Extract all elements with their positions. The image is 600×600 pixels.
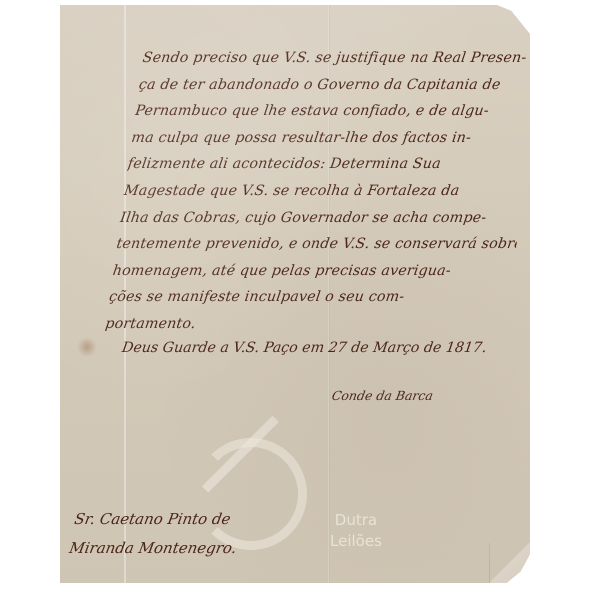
letter-body: Sendo preciso que V.S. se justifique na …: [103, 45, 544, 338]
body-line: homenagem, até que pelas precisas averig…: [111, 258, 515, 285]
body-line: felizmente ali acontecidos: Determina Su…: [126, 151, 530, 178]
body-line: ções se manifeste inculpavel o seu com-: [107, 284, 511, 311]
signature: Conde da Barca: [331, 388, 435, 403]
addressee-line: Miranda Montenegro.: [67, 534, 239, 563]
watermark-text: Dutra Leilões: [330, 510, 382, 552]
body-line: Sendo preciso que V.S. se justifique na …: [141, 45, 545, 72]
folded-corner: [489, 543, 530, 583]
addressee-line: Sr. Caetano Pinto de: [72, 505, 244, 534]
body-line: Magestade que V.S. se recolha à Fortalez…: [122, 178, 526, 205]
body-line: portamento.: [103, 311, 507, 338]
closing-date-line: Deus Guarde a V.S. Paço em 27 de Março d…: [121, 340, 543, 356]
body-line: ma culpa que possa resultar-lhe dos fact…: [130, 125, 534, 152]
body-line: Pernambuco que lhe estava confiado, e de…: [133, 98, 537, 125]
ink-stain: [77, 337, 97, 357]
watermark-line-2: Leilões: [330, 531, 382, 552]
body-line: ça de ter abandonado o Governo da Capita…: [137, 72, 541, 99]
manuscript-page: Sendo preciso que V.S. se justifique na …: [60, 5, 530, 583]
watermark-line-1: Dutra: [330, 510, 382, 531]
body-line: Ilha das Cobras, cujo Governador se acha…: [118, 205, 522, 232]
body-line: tentemente prevenido, e onde V.S. se con…: [115, 231, 519, 258]
addressee: Sr. Caetano Pinto de Miranda Montenegro.: [67, 505, 244, 563]
